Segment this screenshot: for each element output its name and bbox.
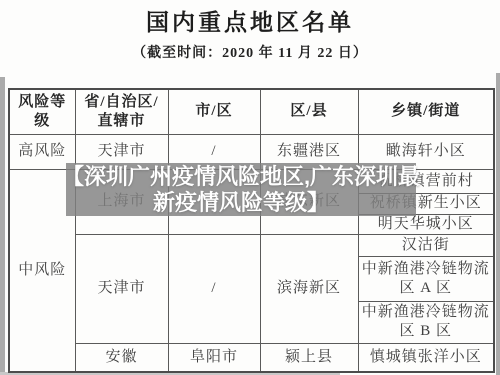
cell-township: 中新渔港冷链物流区 B 区 [358,301,494,343]
watermark-text-line2: 新疫情风险等级】 [153,190,329,216]
cell-city: 阜阳市 [168,343,260,372]
table-row: 安徽 阜阳市 颍上县 慎城镇张洋小区 [9,343,494,372]
header-township: 乡镇/街道 [358,89,494,134]
cell-province: 安徽 [75,343,168,372]
scan-edge-left [0,77,5,375]
cell-province: 天津市 [75,234,168,343]
document-page: 国内重点地区名单 （截至时间：2020 年 11 月 22 日） 风险等级 省/… [0,0,500,375]
cell-city: / [168,234,260,343]
header-risk-level: 风险等级 [9,89,75,134]
watermark-overlay: 【深圳广州疫情风险地区,广东深圳最 新疫情风险等级】 [66,163,416,216]
header-city: 市/区 [168,89,260,134]
header-district: 区/县 [260,89,358,134]
cell-township: 慎城镇张洋小区 [358,343,494,372]
table-header-row: 风险等级 省/自治区/直辖市 市/区 区/县 乡镇/街道 [9,89,494,134]
watermark-text-line1: 【深圳广州疫情风险地区,广东深圳最 [62,164,420,190]
cell-township: 中新渔港冷链物流区 A 区 [358,256,494,301]
header-province: 省/自治区/直辖市 [75,89,168,134]
cell-township: 明天华城小区 [358,214,494,234]
cell-district: 颍上县 [260,343,358,372]
table-row: 天津市 / 滨海新区 汉沽街 [9,234,494,256]
page-subtitle: （截至时间：2020 年 11 月 22 日） [0,42,500,62]
cell-district: 滨海新区 [260,234,358,343]
cell-township: 汉沽街 [358,234,494,256]
scan-edge-right [496,73,500,375]
page-title: 国内重点地区名单 [0,4,500,37]
risk-area-table: 风险等级 省/自治区/直辖市 市/区 区/县 乡镇/街道 高风险 天津市 / 东… [8,88,495,373]
